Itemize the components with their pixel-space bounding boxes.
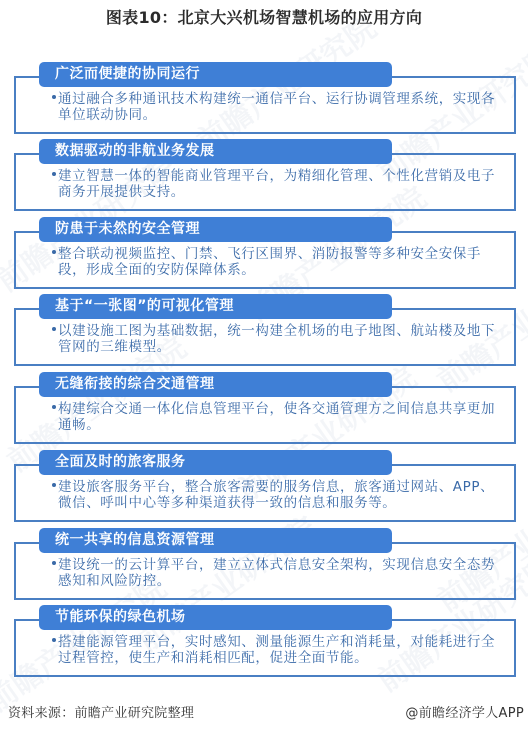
footer-source: 资料来源：前瞻产业研究院整理 [8, 702, 194, 721]
bullet-icon [52, 327, 56, 331]
card-body: 建立智慧一体的智能商业管理平台，为精细化管理、个性化营销及电子商务开展提供支持。 [52, 168, 498, 200]
bullet-icon [52, 405, 56, 409]
card-body: 以建设施工图为基础数据，统一构建全机场的电子地图、航站楼及地下管网的三维模型。 [52, 323, 498, 355]
card-body-text: 通过融合多种通讯技术构建统一通信平台、运行协调管理系统，实现各单位联动协同。 [58, 91, 495, 123]
card-body-text: 建设统一的云计算平台，建立立体式信息安全架构，实现信息安全态势感知和风险防控。 [58, 557, 495, 589]
card-body-text: 建立智慧一体的智能商业管理平台，为精细化管理、个性化营销及电子商务开展提供支持。 [58, 168, 495, 200]
card-body: 搭建能源管理平台，实时感知、测量能源生产和消耗量，对能耗进行全过程管控，使生产和… [52, 634, 498, 666]
card-passenger-service: 全面及时的旅客服务 建设旅客服务平台，整合旅客需要的服务信息，旅客通过网站、AP… [14, 450, 516, 522]
card-body-text: 搭建能源管理平台，实时感知、测量能源生产和消耗量，对能耗进行全过程管控，使生产和… [58, 634, 495, 666]
card-body-text: 整合联动视频监控、门禁、飞行区围界、消防报警等多种安全安保手段，形成全面的安防保… [58, 246, 481, 278]
card-info-resource-management: 统一共享的信息资源管理 建设统一的云计算平台，建立立体式信息安全架构，实现信息安… [14, 528, 516, 600]
page-title: 图表10：北京大兴机场智慧机场的应用方向 [0, 7, 528, 29]
card-body-text: 建设旅客服务平台，整合旅客需要的服务信息，旅客通过网站、APP、微信、呼叫中心等… [58, 479, 494, 511]
card-body: 整合联动视频监控、门禁、飞行区围界、消防报警等多种安全安保手段，形成全面的安防保… [52, 246, 498, 278]
bullet-icon [52, 638, 56, 642]
bullet-icon [52, 250, 56, 254]
bullet-icon [52, 483, 56, 487]
card-title: 基于“一张图”的可视化管理 [39, 294, 392, 319]
card-title: 无缝衔接的综合交通管理 [39, 372, 392, 397]
card-security-management: 防患于未然的安全管理 整合联动视频监控、门禁、飞行区围界、消防报警等多种安全安保… [14, 217, 516, 289]
card-title: 防患于未然的安全管理 [39, 217, 392, 242]
bullet-icon [52, 95, 56, 99]
card-body-text: 以建设施工图为基础数据，统一构建全机场的电子地图、航站楼及地下管网的三维模型。 [58, 323, 495, 355]
card-collaborative-operation: 广泛而便捷的协同运行 通过融合多种通讯技术构建统一通信平台、运行协调管理系统，实… [14, 62, 516, 134]
card-visual-management: 基于“一张图”的可视化管理 以建设施工图为基础数据，统一构建全机场的电子地图、航… [14, 294, 516, 366]
card-title: 数据驱动的非航业务发展 [39, 139, 392, 164]
card-title: 统一共享的信息资源管理 [39, 528, 392, 553]
card-title: 全面及时的旅客服务 [39, 450, 392, 475]
bullet-icon [52, 172, 56, 176]
card-title: 节能环保的绿色机场 [39, 605, 392, 630]
footer-credit: @前瞻经济学人APP [405, 702, 524, 721]
card-green-airport: 节能环保的绿色机场 搭建能源管理平台，实时感知、测量能源生产和消耗量，对能耗进行… [14, 605, 516, 677]
card-body: 建设统一的云计算平台，建立立体式信息安全架构，实现信息安全态势感知和风险防控。 [52, 557, 498, 589]
card-traffic-management: 无缝衔接的综合交通管理 构建综合交通一体化信息管理平台，使各交通管理方之间信息共… [14, 372, 516, 444]
card-body: 构建综合交通一体化信息管理平台，使各交通管理方之间信息共享更加通畅。 [52, 401, 498, 433]
card-body: 通过融合多种通讯技术构建统一通信平台、运行协调管理系统，实现各单位联动协同。 [52, 91, 498, 123]
card-title: 广泛而便捷的协同运行 [39, 62, 392, 87]
card-non-aero-business: 数据驱动的非航业务发展 建立智慧一体的智能商业管理平台，为精细化管理、个性化营销… [14, 139, 516, 211]
card-body-text: 构建综合交通一体化信息管理平台，使各交通管理方之间信息共享更加通畅。 [58, 401, 495, 433]
card-body: 建设旅客服务平台，整合旅客需要的服务信息，旅客通过网站、APP、微信、呼叫中心等… [52, 479, 498, 511]
bullet-icon [52, 561, 56, 565]
